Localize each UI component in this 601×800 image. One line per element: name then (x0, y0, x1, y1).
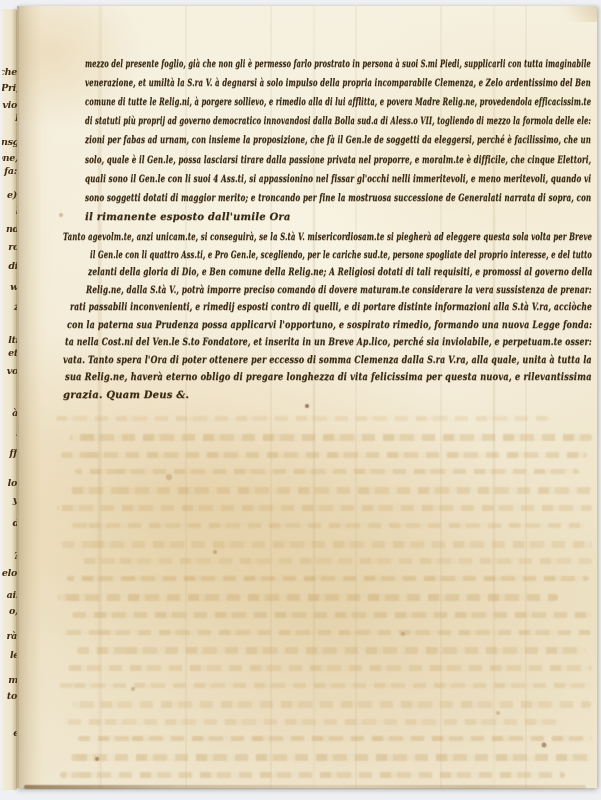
edge-text-fragment: fa: (4, 167, 17, 177)
bleed-through-line (70, 434, 592, 441)
gutter-fold-shadow (17, 6, 51, 788)
bleed-through-line (58, 594, 558, 601)
edge-text-fragment: iche (2, 68, 17, 78)
edge-text-fragment: nsg (2, 138, 17, 148)
corner-fold (552, 6, 597, 22)
bleed-through-line (67, 576, 589, 581)
manuscript-line: venerazione, et umiltà la S.ra V. à degn… (85, 78, 591, 90)
edge-text-fragment: rà (6, 632, 17, 642)
manuscript-line: sono soggetti dotati di maggior merito; … (85, 193, 591, 205)
manuscript-line: sua Relig.ne, haverà eterno obligo di pr… (65, 372, 592, 384)
bleed-through-line (71, 523, 584, 528)
edge-text-fragment: w (10, 283, 17, 293)
bleed-through-line (76, 558, 592, 564)
manuscript-line: rati passabili inconvenienti, e rimedij … (70, 302, 592, 314)
manuscript-line: comune di tutte le Relig.ni, à porgere s… (85, 97, 591, 109)
edge-text-fragment: le (10, 651, 17, 661)
manuscript-line: il rimanente esposto dall'umile Ora (85, 212, 291, 224)
edge-text-fragment: vo (7, 367, 17, 377)
bleed-through-line (78, 736, 592, 741)
bleed-through-line (73, 701, 591, 708)
bleed-through-line (77, 647, 586, 654)
manuscript-line: il Gen.le con li quattro Ass.ti, e Pro G… (90, 250, 592, 262)
edge-text-fragment: o, (9, 607, 17, 617)
bleed-through-line (75, 469, 579, 474)
bleed-through-line (72, 612, 592, 618)
bleed-through-line (66, 487, 592, 494)
edge-text-fragment: ai: (7, 591, 17, 601)
bleed-through-line (62, 541, 592, 548)
edge-text-fragment: nd (6, 225, 17, 235)
paper-bottom-edge (24, 785, 586, 789)
manuscript-line: solo, quale è il Gen.le, possa lasciarsi… (85, 155, 591, 167)
edge-text-fragment: Pri, (2, 84, 17, 94)
edge-text-fragment: di (8, 262, 17, 272)
bleed-through-line (59, 683, 592, 688)
edge-text-fragment: m (8, 676, 17, 686)
bleed-through-line (63, 630, 592, 635)
manuscript-line: Relig.ne, dalla S.tà V., potrà imporre p… (86, 285, 592, 297)
manuscript-line: ta nella Cost.ni del Ven.le S.to Fondato… (65, 337, 592, 349)
manuscript-line: zelanti della gloria di Dio, e Ben comun… (88, 267, 592, 279)
edge-text-fragment: lti (8, 336, 17, 346)
bleed-through-line (68, 665, 592, 671)
edge-text-fragment: et (8, 349, 17, 359)
edge-text-fragment: ro (8, 243, 17, 253)
manuscript-line: grazia. Quam Deus &. (63, 390, 189, 402)
edge-text-fragment: elo (2, 569, 17, 579)
edge-text-fragment: e) (7, 191, 17, 201)
manuscript-line: Tanto agevolm.te, anzi unicam.te, si con… (63, 232, 592, 244)
bleed-through-line (60, 772, 565, 778)
scanned-manuscript-page: ichePri,vioInsgone,fa:e)lndrodiwzltietvo… (0, 0, 601, 800)
bleed-through-line (57, 505, 592, 511)
manuscript-line: zioni per fabas ad urnam, con insieme la… (85, 135, 591, 147)
edge-text-fragment: lo (8, 479, 17, 489)
manuscript-line: quali sono il Gen.le con li suoi 4 Ass.t… (85, 174, 591, 186)
edge-text-fragment: vio (2, 101, 17, 111)
edge-text-fragment: to (7, 692, 17, 702)
edge-text-fragment: one, (2, 154, 17, 164)
manuscript-line: vata. Tanto spera l'Ora di poter ottener… (63, 355, 592, 367)
bleed-through-line (64, 719, 560, 725)
bleed-through-line (69, 754, 592, 761)
previous-page-edge: ichePri,vioInsgone,fa:e)lndrodiwzltietvo… (2, 9, 17, 790)
foxing-specks (0, 0, 2, 2)
edge-text-fragment: ff (9, 449, 17, 459)
manuscript-line: con la paterna sua Prudenza possa applic… (67, 320, 592, 332)
manuscript-line: di statuti più proprij ad governo democr… (85, 116, 591, 128)
manuscript-line: mezzo del presente foglio, già che non g… (85, 59, 591, 71)
bleed-through-line (56, 416, 551, 421)
bleed-through-line (61, 452, 587, 458)
